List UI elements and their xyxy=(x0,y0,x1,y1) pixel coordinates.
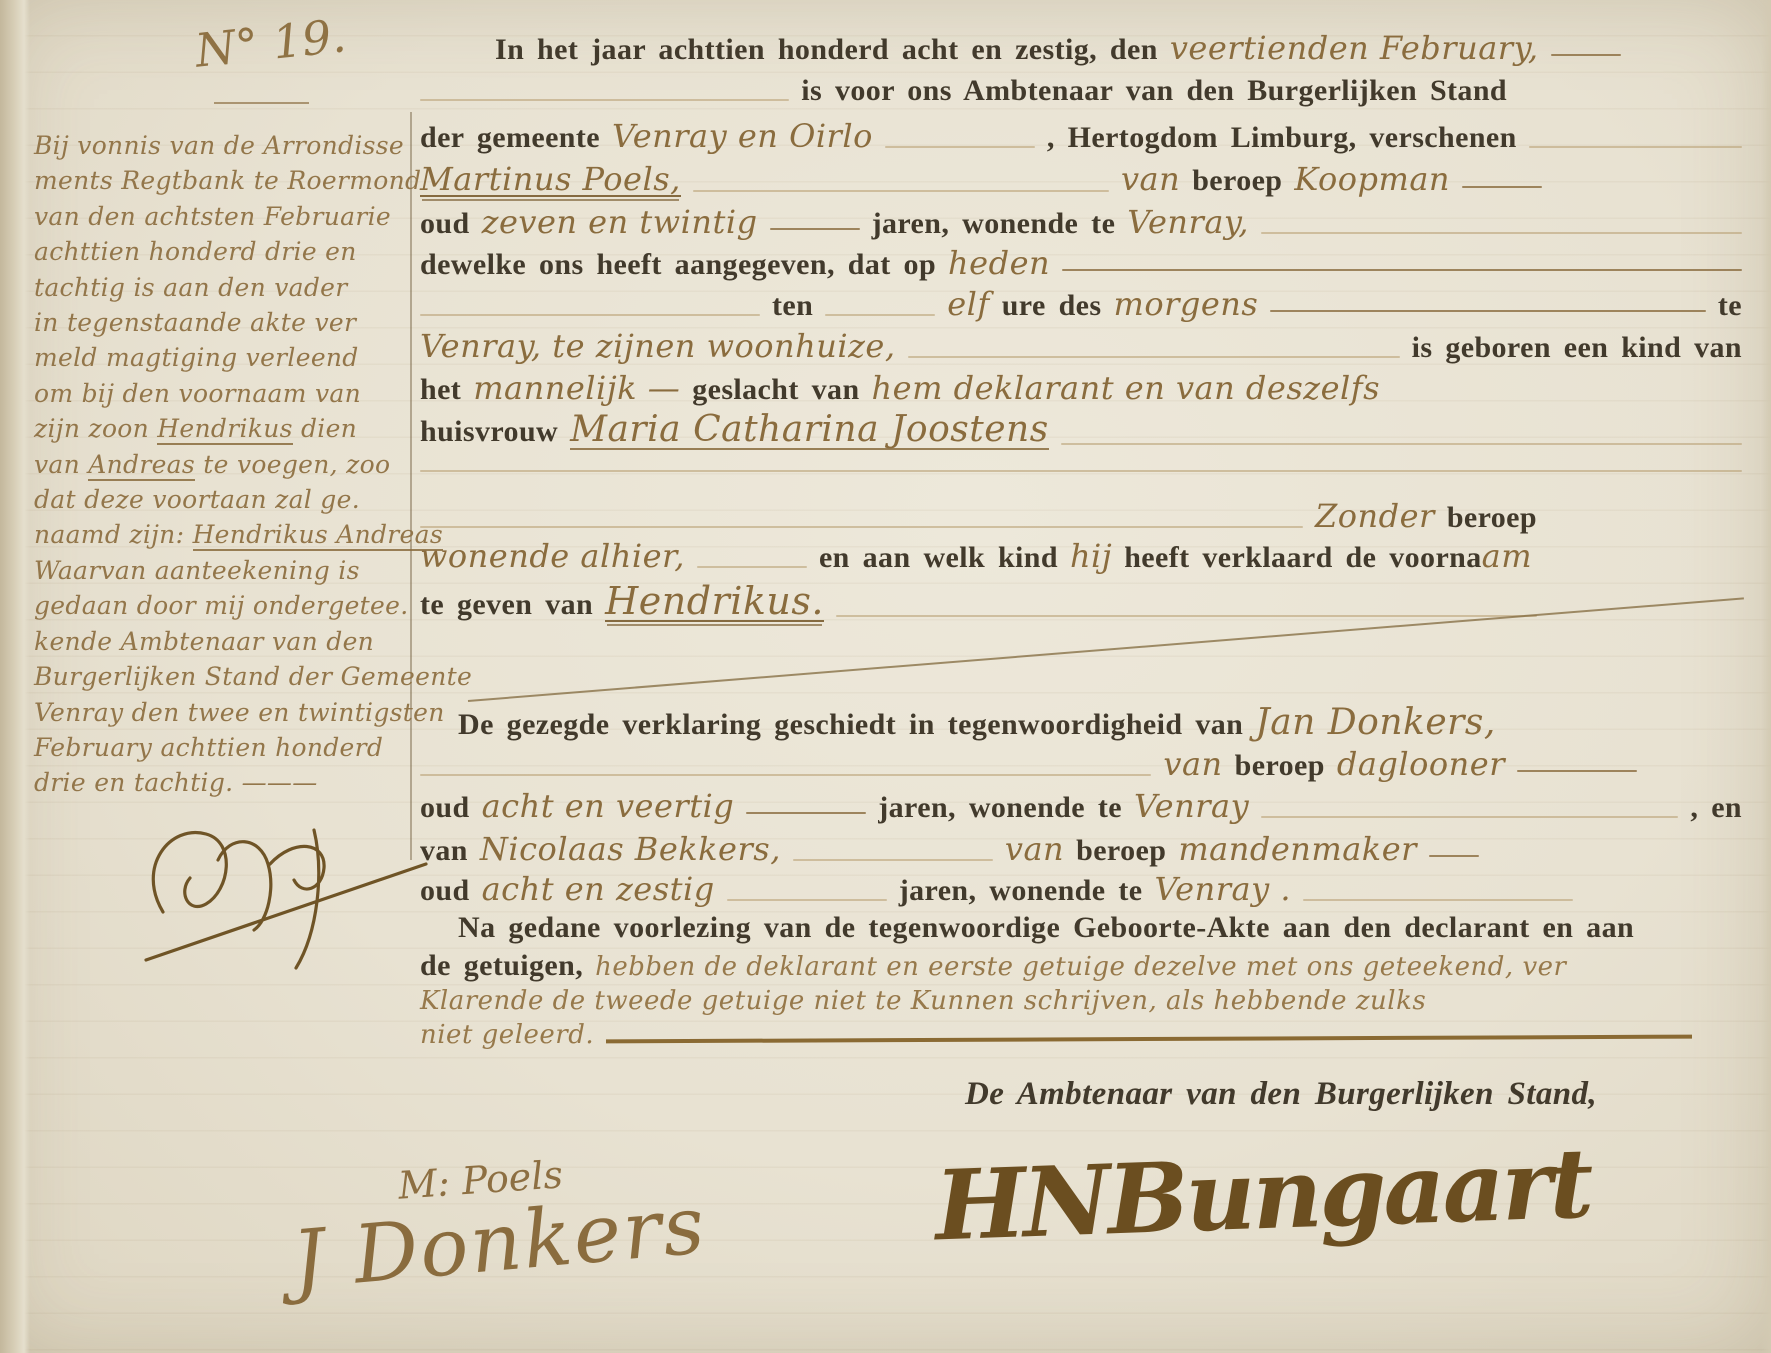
pen-dash xyxy=(770,228,860,231)
pen-dash xyxy=(1551,54,1621,57)
fill-in-rule xyxy=(908,356,1400,358)
margin-note-line: Burgerlijken Stand der Gemeente xyxy=(34,659,412,694)
margin-note-line: van den achtsten Februarie xyxy=(34,199,412,234)
printed-text: van xyxy=(420,836,468,866)
paper-right-edge xyxy=(1761,0,1771,1353)
handwritten-witness2-name: Nicolaas Bekkers, xyxy=(480,833,781,865)
printed-text: heeft verklaard de voorna xyxy=(1124,543,1481,573)
printed-text: In het jaar achttien honderd acht en zes… xyxy=(495,35,1158,65)
registrar-signature: HNBungaart xyxy=(933,1127,1592,1263)
body-line-4: Martinus Poels, van beroep Koopman xyxy=(420,163,1542,197)
body-line-13: wonende alhier, en aan welk kind hij hee… xyxy=(420,540,1487,573)
handwritten-residence: Venray xyxy=(1134,790,1249,822)
handwritten-text: am xyxy=(1482,540,1532,572)
handwritten-daypart: morgens xyxy=(1113,288,1258,320)
body-line-16: van beroep daglooner xyxy=(420,748,1637,781)
pen-dash xyxy=(1062,269,1742,272)
margin-text: zijn zoon xyxy=(34,414,157,443)
handwritten-text: van xyxy=(1005,833,1064,865)
printed-text: en aan welk kind xyxy=(819,543,1058,573)
body-line-7: ten elf ure des morgens te xyxy=(420,288,1742,321)
printed-text: jaren, wonende te xyxy=(878,793,1122,823)
fill-in-rule xyxy=(1261,816,1678,818)
margin-note-line: Venray den twee en twintigsten xyxy=(34,695,412,730)
margin-note-line: naamd zijn: Hendrikus Andreas xyxy=(34,517,412,552)
fill-in-rule xyxy=(793,859,993,861)
margin-note-line: Waarvan aanteekening is xyxy=(34,553,412,588)
handwritten-residence: Venray, xyxy=(1127,206,1249,238)
handwritten-text: Zonder xyxy=(1315,500,1435,532)
handwritten-residence: Venray . xyxy=(1154,873,1291,905)
underlined-name: Hendrikus Andreas xyxy=(193,520,443,551)
printed-text: geslacht van xyxy=(692,375,859,405)
printed-text: oud xyxy=(420,876,470,906)
handwritten-sex: mannelijk — xyxy=(473,372,680,404)
body-line-23: niet geleerd. xyxy=(420,1022,1692,1048)
body-line-24: De Ambtenaar van den Burgerlijken Stand, xyxy=(965,1078,1742,1111)
handwritten-date: veertienden February, xyxy=(1170,32,1539,64)
body-line-14: te geven van Hendrikus. xyxy=(420,582,1537,622)
fill-in-rule xyxy=(1061,443,1742,445)
pen-dash xyxy=(1429,855,1479,858)
margin-note-line: dat deze voortaan zal ge. xyxy=(34,482,412,517)
fill-in-rule xyxy=(420,314,760,316)
handwritten-municipality: Venray en Oirlo xyxy=(612,120,873,152)
printed-text: jaren, wonende te xyxy=(899,876,1143,906)
printed-text: der gemeente xyxy=(420,123,600,153)
fill-in-rule xyxy=(727,899,887,901)
paper-left-edge xyxy=(0,0,30,1353)
body-line-6: dewelke ons heeft aangegeven, dat op hed… xyxy=(420,247,1742,280)
act-number-underline xyxy=(214,102,309,104)
body-line-11 xyxy=(420,470,1742,477)
printed-text: Na gedane voorlezing van de tegenwoordig… xyxy=(458,913,1634,943)
printed-text: huisvrouw xyxy=(420,417,558,447)
printed-text: te xyxy=(1718,291,1742,321)
printed-text: de getuigen, xyxy=(420,951,583,981)
body-line-5: oud zeven en twintig jaren, wonende te V… xyxy=(420,206,1742,239)
registrar-title: De Ambtenaar van den Burgerlijken Stand, xyxy=(965,1078,1597,1111)
handwritten-mother-name: Maria Catharina Joostens xyxy=(570,412,1049,450)
body-line-17: oud acht en veertig jaren, wonende te Ve… xyxy=(420,790,1742,823)
body-line-8: Venray, te zijnen woonhuize, is geboren … xyxy=(420,330,1742,363)
handwritten-text: wonende alhier, xyxy=(420,540,685,572)
printed-text: oud xyxy=(420,209,470,239)
margin-note-line: in tegenstaande akte ver xyxy=(34,305,412,340)
body-line-1: In het jaar achttien honderd acht en zes… xyxy=(495,32,1742,65)
handwritten-closing: hebben de deklarant en eerste getuige de… xyxy=(595,954,1566,980)
handwritten-witness1-name: Jan Donkers, xyxy=(1255,705,1496,741)
margin-text: van xyxy=(34,450,88,479)
fill-in-rule xyxy=(420,774,1151,776)
margin-note-line: gedaan door mij ondergetee. xyxy=(34,588,412,623)
printed-text: ten xyxy=(772,291,813,321)
handwritten-declarant-name: Martinus Poels, xyxy=(420,163,681,197)
margin-note-line: meld magtiging verleend xyxy=(34,340,412,375)
handwritten-profession: daglooner xyxy=(1337,748,1505,780)
pen-dash xyxy=(1270,310,1706,313)
margin-note-line: achttien honderd drie en xyxy=(34,234,412,269)
printed-text: beroep xyxy=(1076,836,1166,866)
fill-in-rule xyxy=(697,566,807,568)
margin-paraph-signature xyxy=(118,772,448,972)
handwritten-child-name: Hendrikus. xyxy=(605,582,824,622)
body-line-10: huisvrouw Maria Catharina Joostens xyxy=(420,412,1742,450)
handwritten-text: heden xyxy=(948,247,1050,279)
handwritten-hour: elf xyxy=(947,288,990,320)
fill-in-rule xyxy=(825,314,935,316)
body-line-15: De gezegde verklaring geschiedt in tegen… xyxy=(458,705,1742,741)
printed-text: , en xyxy=(1690,793,1742,823)
margin-annotation: Bij vonnis van de Arrondisse ments Regtb… xyxy=(34,128,412,801)
handwritten-text: van xyxy=(1163,748,1222,780)
margin-note-line: Bij vonnis van de Arrondisse xyxy=(34,128,412,163)
margin-text: dien xyxy=(293,414,357,443)
handwritten-profession: Koopman xyxy=(1294,163,1450,195)
handwritten-closing: niet geleerd. xyxy=(420,1022,594,1048)
printed-text: is voor ons Ambtenaar van den Burgerlijk… xyxy=(801,76,1507,106)
printed-text: beroep xyxy=(1235,751,1325,781)
printed-text: , Hertogdom Limburg, verschenen xyxy=(1047,123,1517,153)
printed-text: te geven van xyxy=(420,590,593,620)
margin-note-line: kende Ambtenaar van den xyxy=(34,624,412,659)
body-line-9: het mannelijk — geslacht van hem deklara… xyxy=(420,372,1742,405)
handwritten-profession: mandenmaker xyxy=(1178,833,1417,865)
pen-dash xyxy=(1462,186,1542,189)
printed-text: het xyxy=(420,375,461,405)
handwritten-birthplace: Venray, te zijnen woonhuize, xyxy=(420,330,896,362)
underlined-name: Andreas xyxy=(88,450,195,481)
handwritten-text: hem deklarant en van deszelfs xyxy=(872,372,1381,404)
handwritten-closing: Klarende de tweede getuige niet te Kunne… xyxy=(420,988,1426,1014)
margin-note-line: February achttien honderd xyxy=(34,730,412,765)
body-line-18: van Nicolaas Bekkers, van beroep mandenm… xyxy=(420,833,1567,866)
margin-note-line: van Andreas te voegen, zoo xyxy=(34,447,412,482)
body-line-19: oud acht en zestig jaren, wonende te Ven… xyxy=(420,873,1742,906)
fill-in-rule xyxy=(836,615,1537,617)
printed-text: jaren, wonende te xyxy=(872,209,1116,239)
handwritten-age: acht en veertig xyxy=(482,790,735,822)
printed-text: beroep xyxy=(1192,166,1282,196)
printed-text: De gezegde verklaring geschiedt in tegen… xyxy=(458,710,1243,740)
margin-text: naamd zijn: xyxy=(34,520,193,549)
handwritten-age: acht en zestig xyxy=(482,873,715,905)
fill-in-rule xyxy=(1529,146,1742,148)
handwritten-text: hij xyxy=(1070,540,1112,572)
body-line-2: is voor ons Ambtenaar van den Burgerlijk… xyxy=(420,76,1507,106)
body-line-21: de getuigen, hebben de deklarant en eers… xyxy=(420,951,1742,981)
act-number: N° 19. xyxy=(193,8,349,77)
margin-note-line: zijn zoon Hendrikus dien xyxy=(34,411,412,446)
fill-in-rule xyxy=(693,190,1109,192)
birth-record-page: N° 19. Bij vonnis van de Arrondisse ment… xyxy=(0,0,1771,1353)
pen-dash xyxy=(746,812,866,815)
printed-text: ure des xyxy=(1002,291,1102,321)
margin-note-line: om bij den voornaam van xyxy=(34,376,412,411)
printed-text: is geboren een kind van xyxy=(1412,333,1742,363)
margin-text: te voegen, zoo xyxy=(195,450,390,479)
printed-text: beroep xyxy=(1447,503,1537,533)
body-line-12: Zonder beroep xyxy=(420,500,1537,533)
closing-rule xyxy=(606,1034,1692,1042)
margin-note-line: ments Regtbank te Roermond xyxy=(34,163,412,198)
printed-text: oud xyxy=(420,793,470,823)
pen-dash xyxy=(1517,770,1637,773)
body-line-22: Klarende de tweede getuige niet te Kunne… xyxy=(420,988,1742,1014)
body-line-20: Na gedane voorlezing van de tegenwoordig… xyxy=(458,913,1742,943)
handwritten-age: zeven en twintig xyxy=(482,206,758,238)
margin-note-line: tachtig is aan den vader xyxy=(34,270,412,305)
fill-in-rule xyxy=(420,470,1742,472)
fill-in-rule xyxy=(420,526,1303,528)
handwritten-text: van xyxy=(1121,163,1180,195)
fill-in-rule xyxy=(885,146,1035,148)
printed-text: dewelke ons heeft aangegeven, dat op xyxy=(420,250,936,280)
body-line-3: der gemeente Venray en Oirlo , Hertogdom… xyxy=(420,120,1742,153)
fill-in-rule xyxy=(420,99,789,101)
underlined-name: Hendrikus xyxy=(157,414,292,445)
fill-in-rule xyxy=(1261,232,1742,234)
fill-in-rule xyxy=(1303,899,1573,901)
